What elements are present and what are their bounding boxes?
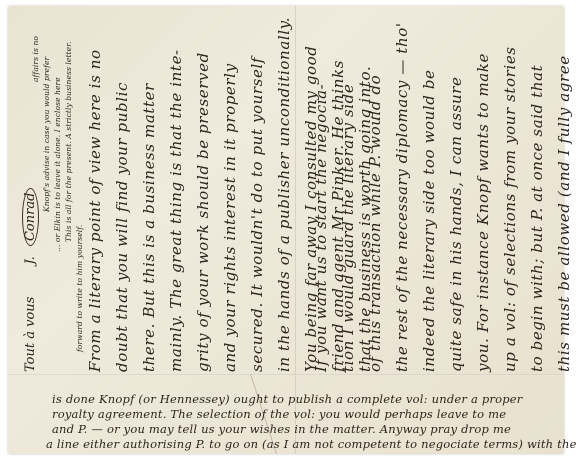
body-line: mainly. The great thing is that the inte…: [163, 17, 190, 372]
body-line: of this transaction while P. would do: [362, 8, 389, 372]
signature-closing: Tout à vous: [23, 297, 38, 372]
body-line: there. But this is a business matter: [136, 17, 163, 372]
margin-note-line: ... or Elkin is to leave it alone. I enc…: [52, 36, 63, 372]
bottom-text: is done Knopf (or Hennessey) ought to pu…: [52, 392, 562, 452]
body-line: grity of your work should be preserved: [190, 17, 217, 372]
bottom-line: and P. — or you may tell us your wishes …: [52, 422, 562, 437]
signature-initial: J.: [23, 256, 38, 264]
body-line: and your rights interest in it properly: [217, 17, 244, 372]
bottom-line: royalty agreement. The selection of the …: [52, 407, 562, 422]
body-line: quite safe in his hands, I can assure: [443, 8, 470, 372]
body-line: From a literary point of view here is no: [82, 17, 109, 372]
margin-note-line: Knopf's advise in case you would prefer: [41, 36, 52, 372]
body-line: up a vol: of selections from your storie…: [497, 8, 524, 372]
body-line: secured. It wouldn't do to put yourself: [244, 17, 271, 372]
margin-note-line: This is all for the present. A strictly …: [63, 36, 74, 372]
signature: Tout à vous J. Conrad: [22, 188, 39, 372]
body-line: you. For instance Knopf wants to make: [470, 8, 497, 372]
body-line: this must be allowed (and I fully agree: [551, 8, 578, 372]
body-line: tion I would guard the literary side: [335, 8, 362, 372]
bottom-line: a line either authorising P. to go on (a…: [46, 437, 562, 452]
body-right-half: If you want us to start the negocia- tio…: [308, 8, 580, 372]
body-line: doubt that you will find your public: [109, 17, 136, 372]
body-line: the rest of the necessary diplomacy — th…: [389, 8, 416, 372]
signature-name: Conrad: [22, 188, 39, 246]
body-line: If you want us to start the negocia-: [308, 8, 335, 372]
body-line: in the hands of a publisher unconditiona…: [271, 17, 298, 372]
body-line: to begin with; but P. at once said that: [524, 8, 551, 372]
body-line: indeed the literary side too would be: [416, 8, 443, 372]
bottom-line: is done Knopf (or Hennessey) ought to pu…: [52, 392, 562, 407]
